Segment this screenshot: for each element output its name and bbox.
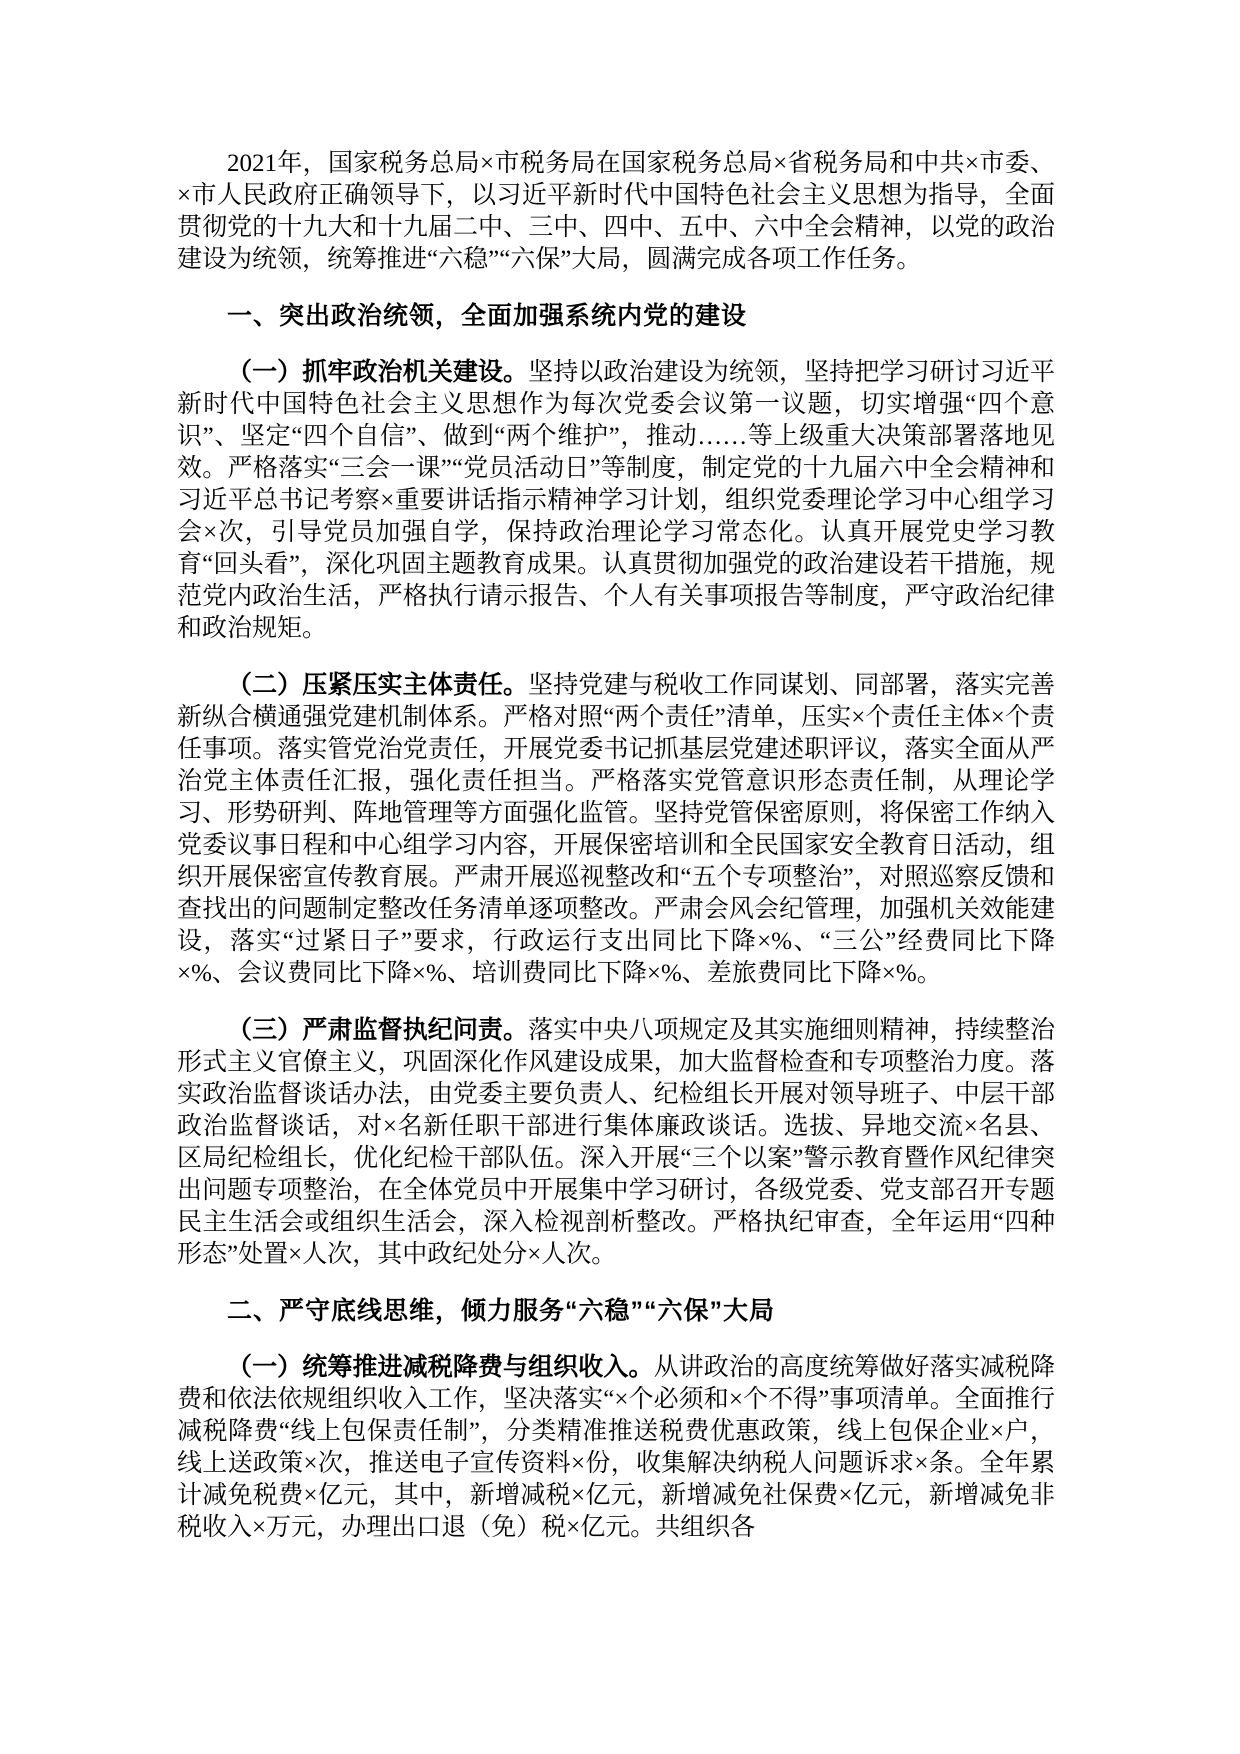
section-1-paragraph-3: （三）严肃监督执纪问责。落实中央八项规定及其实施细则精神，持续整治形式主义官僚主…	[177, 1014, 1055, 1271]
section-1-paragraph-2-text: 坚持党建与税收工作同谋划、同部署，落实完善新纵合横通强党建机制体系。严格对照“两…	[177, 672, 1055, 987]
section-1-paragraph-3-text: 落实中央八项规定及其实施细则精神，持续整治形式主义官僚主义，巩固深化作风建设成果…	[177, 1017, 1055, 1268]
section-1-paragraph-1: （一）抓牢政治机关建设。坚持以政治建设为统领，坚持把学习研讨习近平新时代中国特色…	[177, 356, 1055, 645]
section-2-paragraph-1-lead: （一）统筹推进减税降费与组织收入。	[227, 1353, 654, 1381]
section-1-paragraph-1-lead: （一）抓牢政治机关建设。	[227, 358, 528, 386]
section-2-heading: 二、严守底线思维，倾力服务“六稳”“六保”大局	[177, 1295, 1055, 1327]
document-body: 2021年，国家税务总局×市税务局在国家税务总局×省税务局和中共×市委、×市人民…	[177, 148, 1055, 1544]
section-1-paragraph-2-lead: （二）压紧压实主体责任。	[227, 671, 528, 699]
section-1-paragraph-2: （二）压紧压实主体责任。坚持党建与税收工作同谋划、同部署，落实完善新纵合横通强党…	[177, 669, 1055, 990]
section-1-paragraph-1-text: 坚持以政治建设为统领，坚持把学习研讨习近平新时代中国特色社会主义思想作为每次党委…	[177, 359, 1055, 642]
section-2-paragraph-1-text: 从讲政治的高度统筹做好落实减税降费和依法依规组织收入工作，坚决落实“×个必须和×…	[177, 1354, 1055, 1541]
section-1-heading: 一、突出政治统领，全面加强系统内党的建设	[177, 300, 1055, 332]
intro-paragraph: 2021年，国家税务总局×市税务局在国家税务总局×省税务局和中共×市委、×市人民…	[177, 148, 1055, 276]
section-1-paragraph-3-lead: （三）严肃监督执纪问责。	[227, 1016, 528, 1044]
section-2-paragraph-1: （一）统筹推进减税降费与组织收入。从讲政治的高度统筹做好落实减税降费和依法依规组…	[177, 1351, 1055, 1544]
document-page: 2021年，国家税务总局×市税务局在国家税务总局×省税务局和中共×市委、×市人民…	[0, 0, 1240, 1754]
